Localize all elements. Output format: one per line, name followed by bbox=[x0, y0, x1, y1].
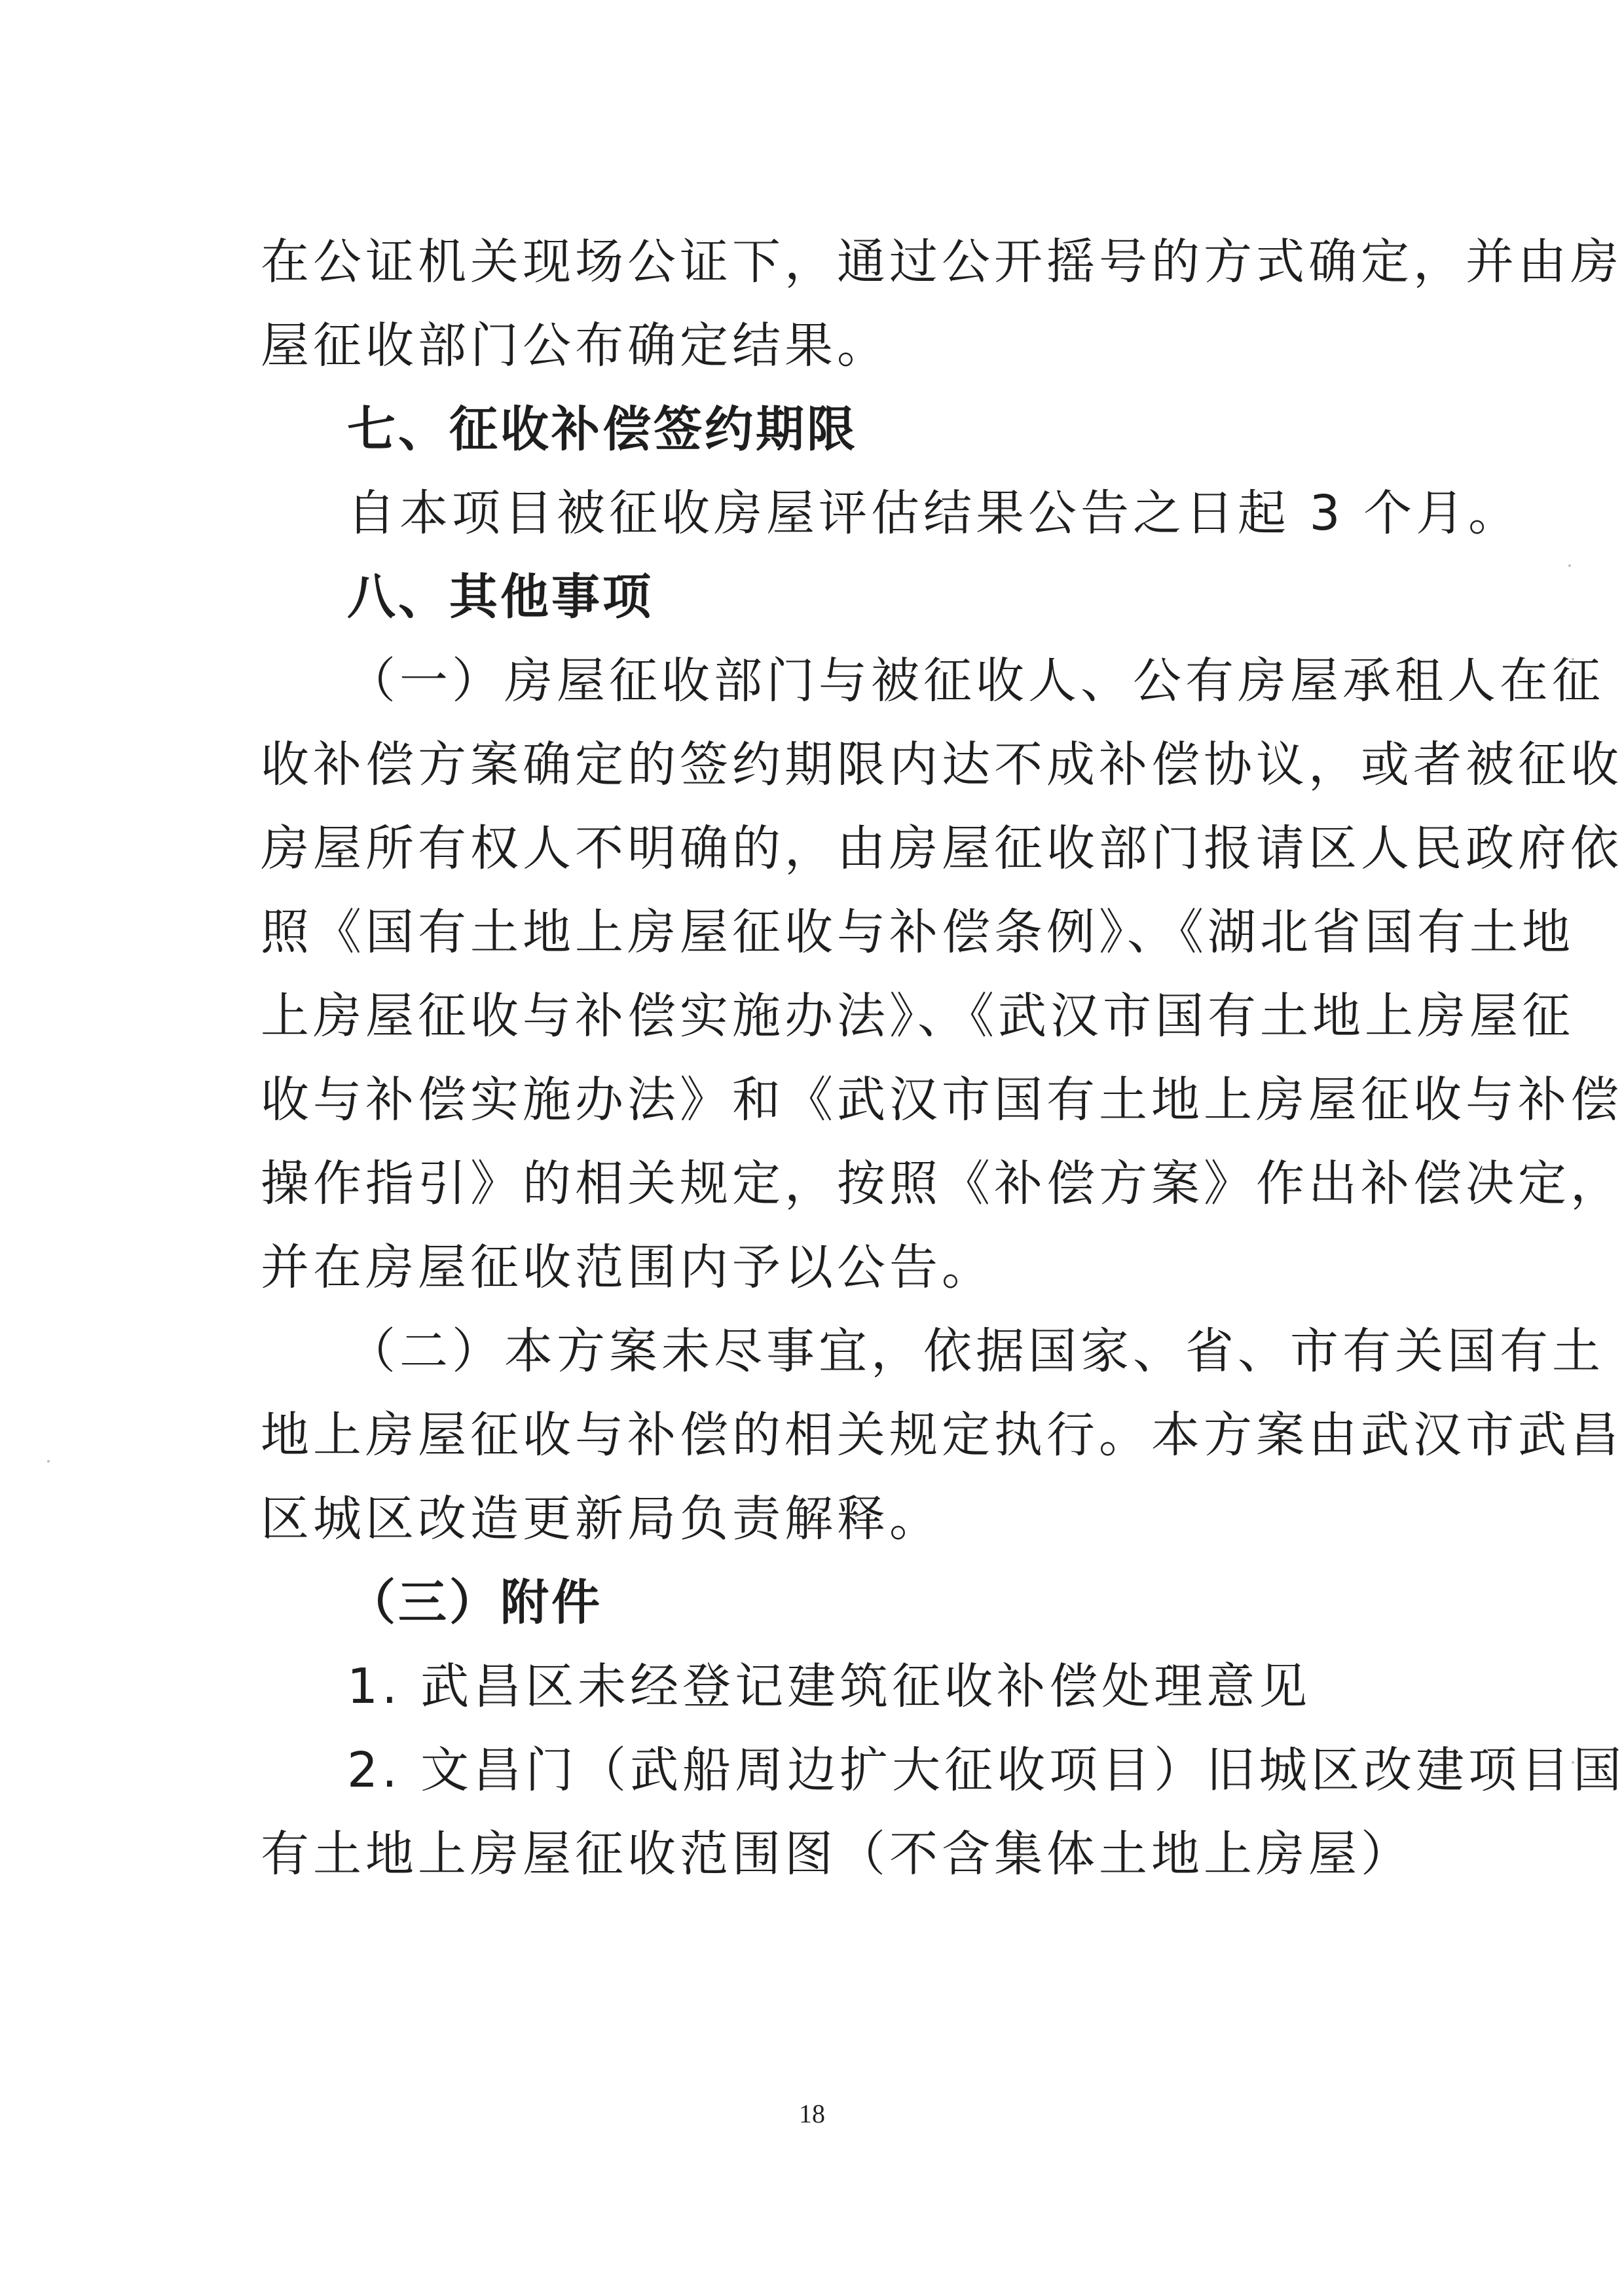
body-line: 照《国有土地上房屋征收与补偿条例》、《湖北省国有土地 bbox=[261, 901, 1574, 964]
attachment-item-2-continued: 有土地上房屋征收范围图（不含集体土地上房屋） bbox=[261, 1823, 1413, 1886]
body-line: 在公证机关现场公证下，通过公开摇号的方式确定，并由房 bbox=[261, 230, 1623, 293]
body-line: 自本项目被征收房屋评估结果公告之日起 3 个月。 bbox=[347, 482, 1521, 545]
body-line: 房屋所有权人不明确的，由房屋征收部门报请区人民政府依 bbox=[261, 817, 1623, 880]
subsection-heading-attachments: （三）附件 bbox=[347, 1571, 602, 1634]
scan-speck bbox=[1572, 1761, 1574, 1764]
scan-speck bbox=[1568, 564, 1571, 567]
body-line: 区城区改造更新局负责解释。 bbox=[261, 1487, 942, 1550]
body-line: 收与补偿实施办法》和《武汉市国有土地上房屋征收与补偿 bbox=[261, 1068, 1623, 1131]
scan-speck bbox=[1572, 658, 1574, 661]
body-line: 地上房屋征收与补偿的相关规定执行。本方案由武汉市武昌 bbox=[261, 1404, 1623, 1467]
body-line: 收补偿方案确定的签约期限内达不成补偿协议，或者被征收 bbox=[261, 733, 1623, 796]
body-line: （一）房屋征收部门与被征收人、公有房屋承租人在征 bbox=[347, 649, 1604, 712]
section-heading-7: 七、征收补偿签约期限 bbox=[347, 398, 858, 461]
body-line: 上房屋征收与补偿实施办法》、《武汉市国有土地上房屋征 bbox=[261, 985, 1574, 1048]
page-number: 18 bbox=[0, 2098, 1624, 2129]
attachment-item-1: 1. 武昌区未经登记建筑征收补偿处理意见 bbox=[347, 1655, 1311, 1718]
body-line: 操作指引》的相关规定，按照《补偿方案》作出补偿决定， bbox=[261, 1152, 1623, 1215]
body-line: 屋征收部门公布确定结果。 bbox=[261, 314, 889, 377]
section-heading-8: 八、其他事项 bbox=[347, 566, 654, 629]
document-page: 在公证机关现场公证下，通过公开摇号的方式确定，并由房 屋征收部门公布确定结果。 … bbox=[0, 0, 1624, 2296]
body-line: 并在房屋征收范围内予以公告。 bbox=[261, 1236, 994, 1299]
scan-speck bbox=[47, 1460, 50, 1463]
attachment-item-2: 2. 文昌门（武船周边扩大征收项目）旧城区改建项目国 bbox=[347, 1739, 1624, 1802]
body-line: （二）本方案未尽事宜，依据国家、省、市有关国有土 bbox=[347, 1320, 1604, 1383]
